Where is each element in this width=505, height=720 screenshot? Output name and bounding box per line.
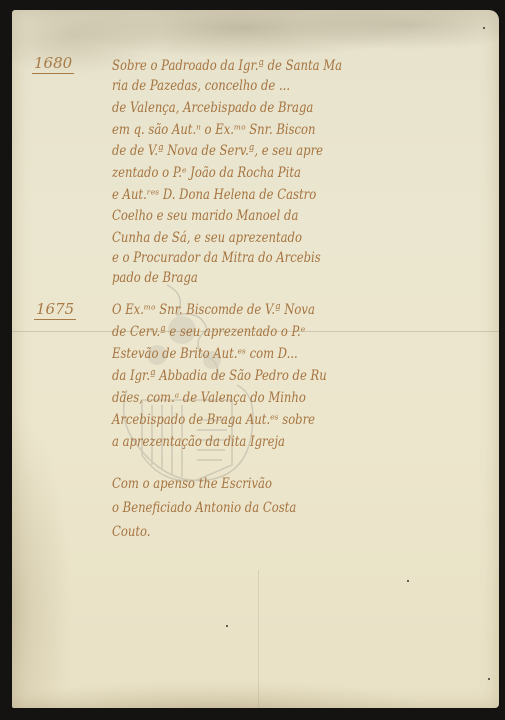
entry-year: 1675	[34, 300, 76, 320]
entry-line: de de V.ª Nova de Serv.ª, e seu apre	[112, 143, 323, 159]
paper-speck	[226, 625, 228, 627]
closing-line: o Beneficiado Antonio da Costa	[112, 500, 296, 516]
paper-speck	[488, 678, 490, 680]
paper-speck	[483, 27, 485, 29]
entry-year: 1680	[32, 54, 74, 74]
entry-line: Estevão de Brito Aut.ᵉˢ com D...	[112, 346, 298, 362]
entry-line: a aprezentação da dita Igreja	[112, 434, 285, 450]
paper-speck	[407, 580, 409, 582]
manuscript-page: 1680 Sobre o Padroado da Igr.ª de Santa …	[12, 10, 499, 708]
entry-line: zentado o P.ᵉ João da Rocha Pita	[112, 165, 301, 181]
entry-line: Coelho e seu marido Manoel da	[112, 208, 298, 224]
entry-line: em q. são Aut.ⁿ o Ex.ᵐᵒ Snr. Biscon	[112, 122, 315, 138]
entry-line: de Valença, Arcebispado de Braga	[112, 100, 313, 116]
closing-line: Couto.	[112, 524, 150, 540]
entry-line: e Aut.ʳᵉˢ D. Dona Helena de Castro	[112, 187, 316, 203]
entry-line: pado de Braga	[112, 270, 198, 286]
entry-line: Cunha de Sá, e seu aprezentado	[112, 230, 302, 246]
entry-line: Arcebispado de Braga Aut.ᵉˢ sobre	[112, 412, 315, 428]
entry-line: Sobre o Padroado da Igr.ª de Santa Ma	[112, 58, 342, 74]
fold-crease-vertical	[258, 570, 259, 708]
entry-line: ria de Pazedas, concelho de ...	[112, 78, 290, 94]
entry-line: e o Procurador da Mitra do Arcebis	[112, 250, 321, 266]
entry-line: da Igr.ª Abbadia de São Pedro de Ru	[112, 368, 327, 384]
entry-line: O Ex.ᵐᵒ Snr. Biscomde de V.ª Nova	[112, 302, 315, 318]
entry-line: de Cerv.ª e seu aprezentado o P.ᵉ	[112, 324, 305, 340]
closing-line: Com o apenso the Escrivão	[112, 476, 272, 492]
scan-frame: 1680 Sobre o Padroado da Igr.ª de Santa …	[0, 0, 505, 720]
entry-line: dães, com.ᵃ de Valença do Minho	[112, 390, 306, 406]
